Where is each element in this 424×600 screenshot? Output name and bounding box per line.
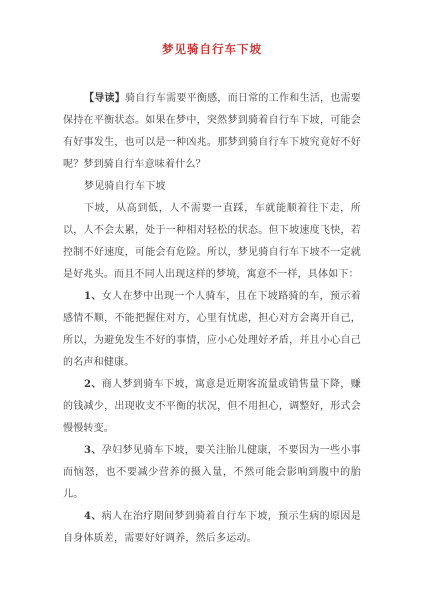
- page-title: 梦见骑自行车下坡: [0, 0, 424, 57]
- dream-item: 1、女人在梦中出现一个人骑车，且在下坡路骑的车，预示着感情不顺，不能把握住对方，…: [63, 286, 361, 374]
- item-number: 1、: [84, 291, 102, 302]
- dream-item: 3、孕妇梦见骑车下坡，要关注胎儿健康，不要因为一些小事而恼怒，也不要减少营养的摄…: [63, 440, 361, 506]
- lead-label: 【导读】: [84, 93, 125, 104]
- dream-item: 4、病人在治疗期间梦到骑着自行车下坡，预示生病的原因是自身体质差，需要好好调养，…: [63, 506, 361, 550]
- lead-paragraph: 【导读】骑自行车需要平衡感，而日常的工作和生活，也需要保持在平衡状态。如果在梦中…: [63, 88, 361, 176]
- article-body: 【导读】骑自行车需要平衡感，而日常的工作和生活，也需要保持在平衡状态。如果在梦中…: [63, 88, 361, 550]
- item-number: 4、: [84, 511, 102, 522]
- item-text: 女人在梦中出现一个人骑车，且在下坡路骑的车，预示着感情不顺，不能把握住对方，心里…: [63, 291, 361, 368]
- item-number: 2、: [84, 379, 102, 390]
- item-text: 孕妇梦见骑车下坡，要关注胎儿健康，不要因为一些小事而恼怒，也不要减少营养的摄入量…: [63, 445, 361, 500]
- document-page: 梦见骑自行车下坡 【导读】骑自行车需要平衡感，而日常的工作和生活，也需要保持在平…: [0, 0, 424, 600]
- dream-item: 2、商人梦到骑车下坡，寓意是近期客流量或销售量下降，赚的钱减少，出现收支不平衡的…: [63, 374, 361, 440]
- item-text: 病人在治疗期间梦到骑着自行车下坡，预示生病的原因是自身体质差，需要好好调养，然后…: [63, 511, 361, 544]
- item-number: 3、: [84, 445, 102, 456]
- article-subheading: 梦见骑自行车下坡: [63, 176, 361, 198]
- item-text: 商人梦到骑车下坡，寓意是近期客流量或销售量下降，赚的钱减少，出现收支不平衡的状况…: [63, 379, 361, 434]
- lead-text: 骑自行车需要平衡感，而日常的工作和生活，也需要保持在平衡状态。如果在梦中，突然梦…: [63, 93, 361, 170]
- intro-paragraph: 下坡，从高到低，人不需要一直踩，车就能顺着往下走，所以，人不会太累，处于一种相对…: [63, 198, 361, 286]
